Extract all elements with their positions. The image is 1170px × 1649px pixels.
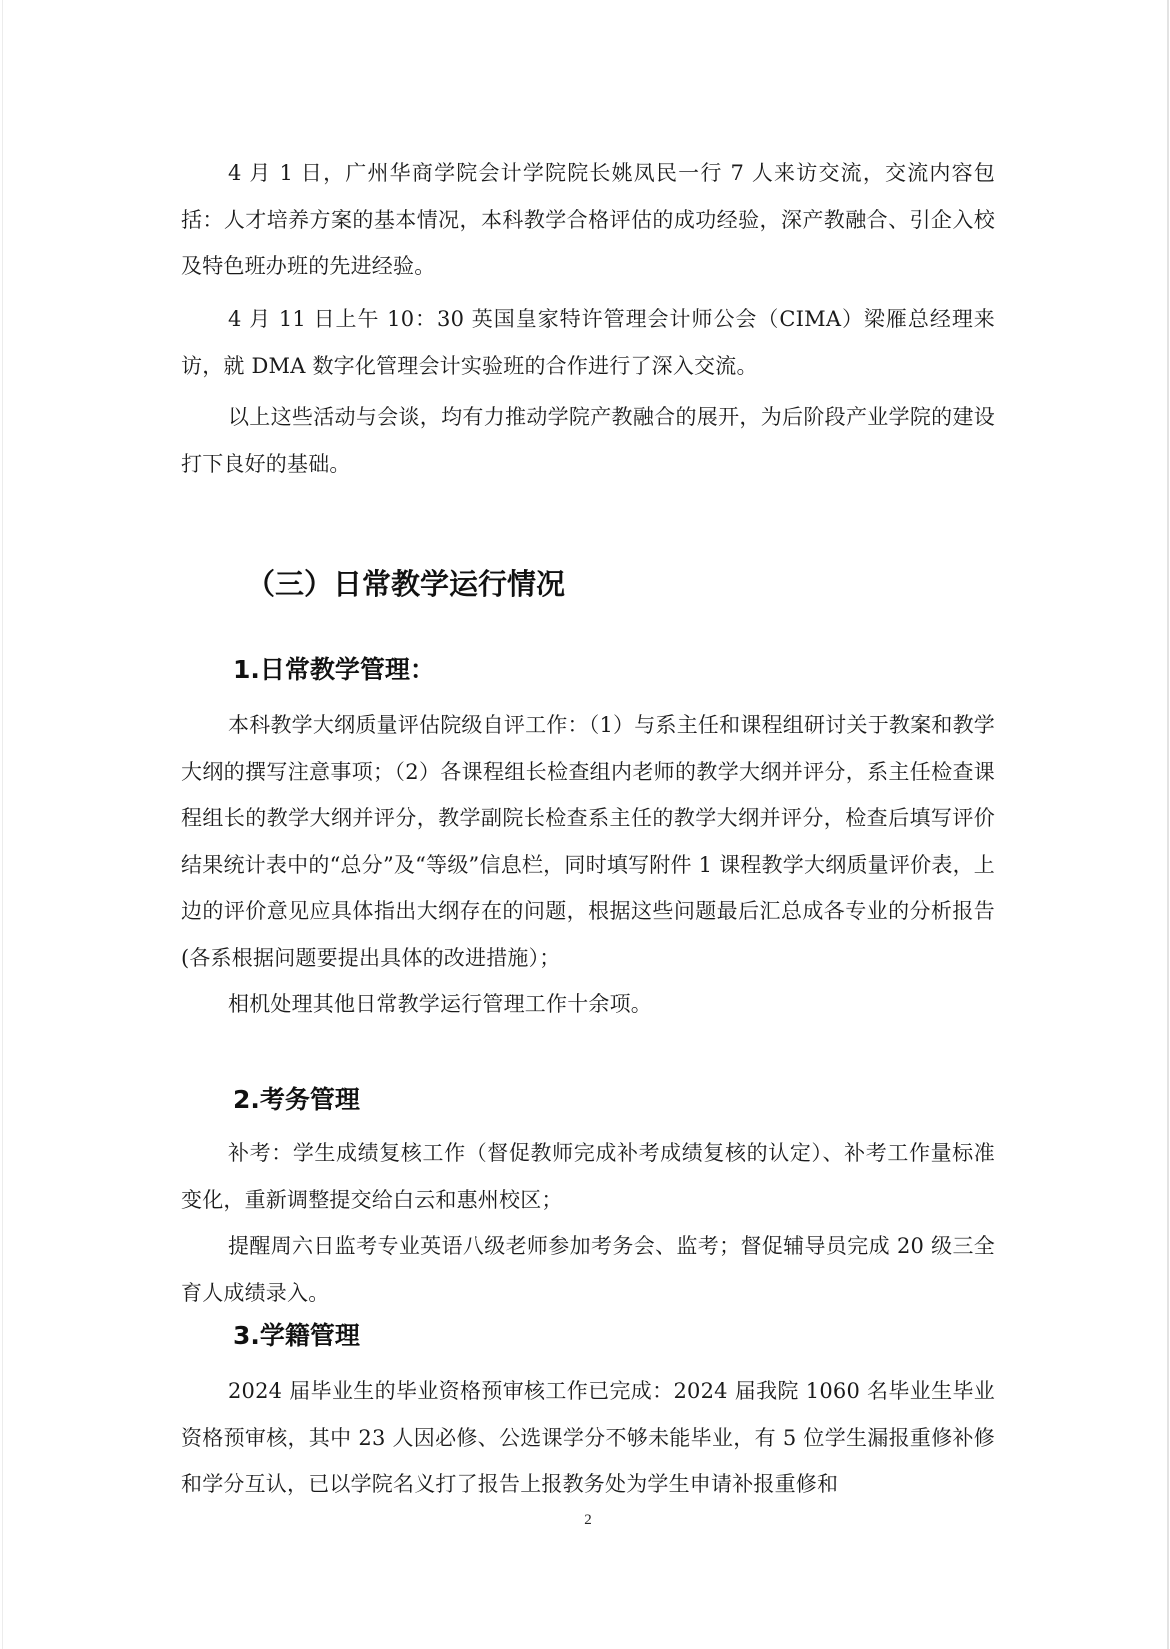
intro-block: 4 月 1 日，广州华商学院会计学院院长姚凤民一行 7 人来访交流，交流内容包括… — [181, 150, 995, 290]
intro-block-2: 4 月 11 日上午 10：30 英国皇家特许管理会计师公会（CIMA）梁雁总经… — [181, 296, 995, 389]
subsection-3-body: 2024 届毕业生的毕业资格预审核工作已完成：2024 届我院 1060 名毕业… — [181, 1368, 995, 1508]
paragraph-syllabus-evaluation: 本科教学大纲质量评估院级自评工作：（1）与系主任和课程组研讨关于教案和教学大纲的… — [181, 702, 995, 981]
subsection-1-body: 本科教学大纲质量评估院级自评工作：（1）与系主任和课程组研讨关于教案和教学大纲的… — [181, 702, 995, 1028]
page-number: 2 — [3, 1512, 1170, 1529]
paragraph-graduation-review: 2024 届毕业生的毕业资格预审核工作已完成：2024 届我院 1060 名毕业… — [181, 1368, 995, 1508]
subsection-heading-student-status: 3.学籍管理 — [233, 1316, 360, 1352]
paragraph-summary: 以上这些活动与会谈，均有力推动学院产教融合的展开，为后阶段产业学院的建设打下良好… — [181, 394, 995, 487]
document-page: 4 月 1 日，广州华商学院会计学院院长姚凤民一行 7 人来访交流，交流内容包括… — [2, 0, 1169, 1649]
subsection-heading-teaching-management: 1.日常教学管理： — [233, 650, 435, 686]
paragraph-makeup-exam: 补考：学生成绩复核工作（督促教师完成补考成绩复核的认定）、补考工作量标准变化，重… — [181, 1130, 995, 1223]
paragraph-invigilation-reminder: 提醒周六日监考专业英语八级老师参加考务会、监考；督促辅导员完成 20 级三全育人… — [181, 1223, 995, 1316]
intro-block-3: 以上这些活动与会谈，均有力推动学院产教融合的展开，为后阶段产业学院的建设打下良好… — [181, 394, 995, 487]
subsection-heading-exam-management: 2.考务管理 — [233, 1080, 360, 1116]
paragraph-visit-huashang: 4 月 1 日，广州华商学院会计学院院长姚凤民一行 7 人来访交流，交流内容包括… — [181, 150, 995, 290]
section-heading: （三）日常教学运行情况 — [246, 562, 565, 603]
subsection-2-body: 补考：学生成绩复核工作（督促教师完成补考成绩复核的认定）、补考工作量标准变化，重… — [181, 1130, 995, 1316]
paragraph-visit-cima: 4 月 11 日上午 10：30 英国皇家特许管理会计师公会（CIMA）梁雁总经… — [181, 296, 995, 389]
paragraph-other-tasks: 相机处理其他日常教学运行管理工作十余项。 — [181, 981, 995, 1028]
